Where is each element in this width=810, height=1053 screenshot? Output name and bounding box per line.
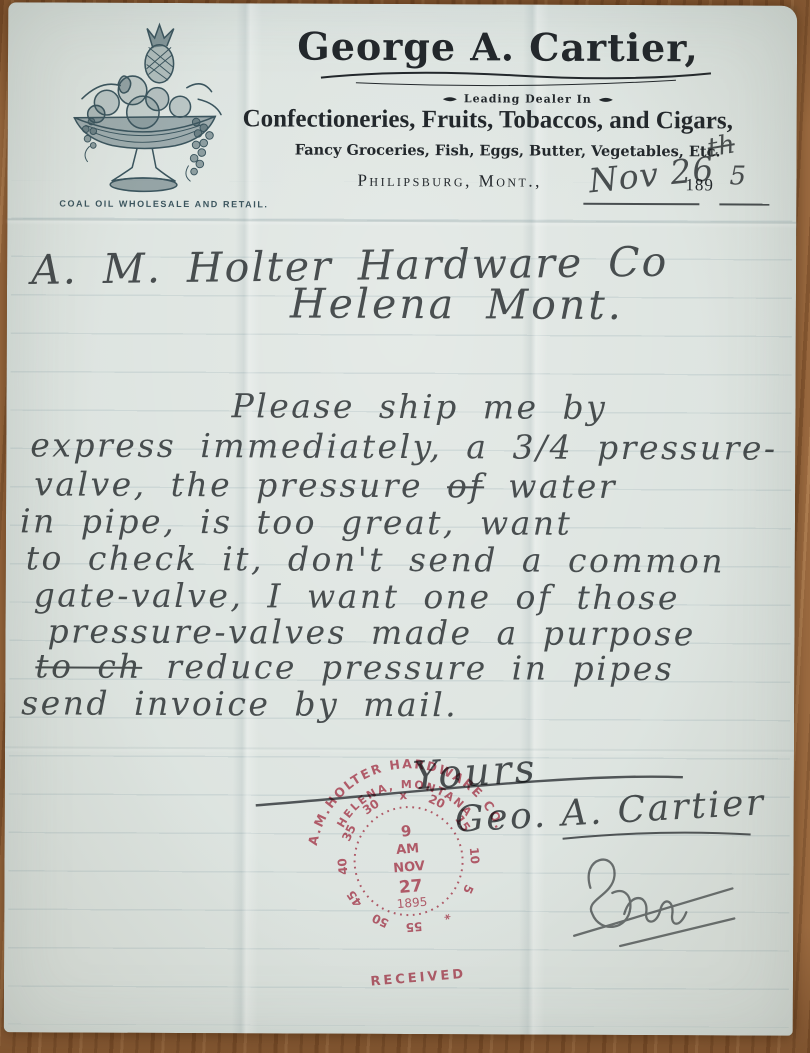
stamp-dial-mark: 40 — [335, 858, 350, 876]
letter-paper: COAL OIL WHOLESALE AND RETAIL. George A.… — [4, 2, 797, 1035]
letter-body-line: express immediately, a 3/4 pressure- — [30, 425, 777, 467]
stamp-dial-mark: 55 — [405, 919, 423, 934]
tagline-text: Leading Dealer In — [464, 92, 592, 106]
letter-body-line: Please ship me by — [231, 386, 607, 427]
tagline: Leading Dealer In — [378, 92, 678, 106]
recipient-city: Helena Mont. — [290, 280, 624, 329]
stamp-dial-mark: 50 — [370, 911, 391, 931]
illustration-caption: COAL OIL WHOLESALE AND RETAIL. — [59, 199, 268, 210]
photo-background: COAL OIL WHOLESALE AND RETAIL. George A.… — [0, 0, 810, 1053]
stamp-meridiem: AM — [396, 841, 420, 858]
ink-scribble — [562, 848, 753, 967]
leaf-ornament-icon — [442, 95, 458, 103]
closing: Yours — [412, 746, 539, 799]
letter-body-line: send invoice by mail. — [21, 683, 458, 724]
leaf-ornament-icon — [598, 95, 614, 103]
letter-body-line: in pipe, is too great, want — [20, 501, 573, 542]
business-line: Confectioneries, Fruits, Tobaccos, and C… — [178, 105, 798, 136]
letter-body-line: valve, the pressure of water — [34, 464, 617, 506]
handwritten-year-digit: 5 — [729, 161, 746, 191]
title-underline-flourish — [316, 66, 716, 90]
handwritten-date-ordinal: th — [705, 129, 737, 163]
stamp-year: 1895 — [396, 895, 428, 911]
company-name: George A. Cartier, — [258, 23, 738, 70]
stamp-dial-mark: 10 — [467, 847, 482, 865]
stamp-dial-mark: 5 — [460, 882, 476, 896]
stamp-dial-mark: * — [439, 908, 453, 923]
letter-body-line: to check it, don't send a common — [26, 538, 725, 580]
stamp-dial-mark: 45 — [344, 888, 365, 910]
stamp-hour: 9 — [400, 822, 412, 841]
signature-flourish — [561, 829, 756, 844]
stamp-month: NOV — [393, 859, 426, 877]
date-rule — [719, 203, 769, 205]
letter-body-line: to ch reduce pressure in pipes — [35, 646, 674, 688]
place-name: Philipsburg, Mont., — [357, 171, 542, 192]
